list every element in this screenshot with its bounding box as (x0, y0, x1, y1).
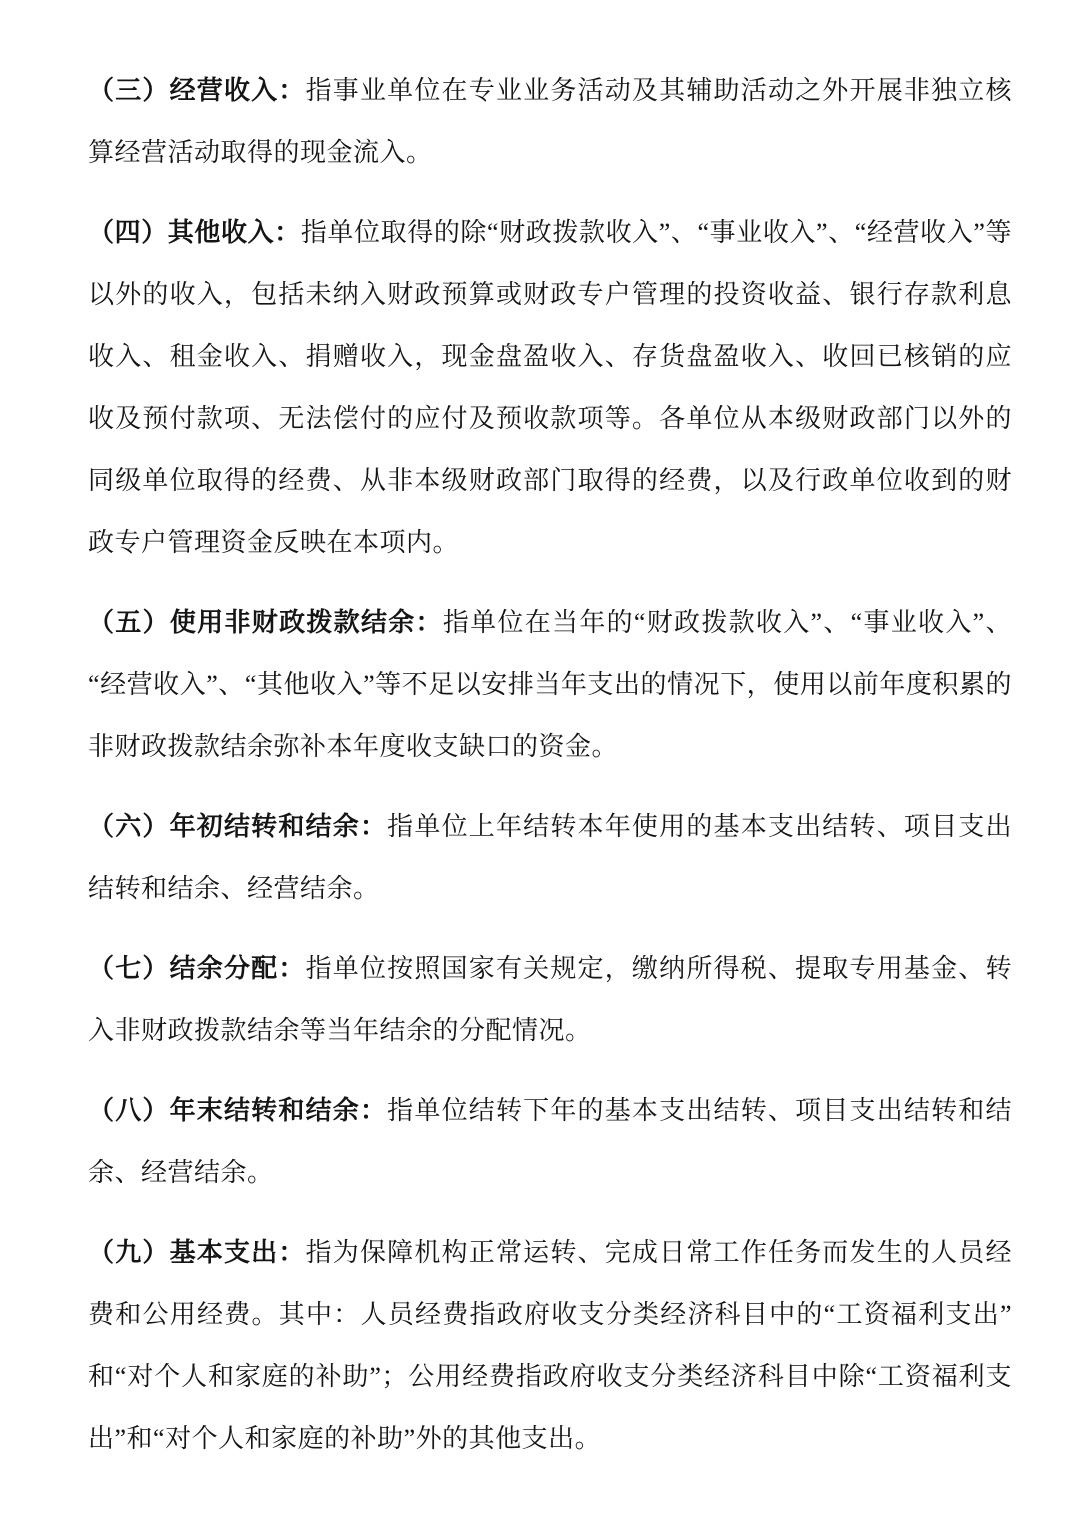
definition-paragraph: （七）结余分配：指单位按照国家有关规定，缴纳所得税、提取专用基金、转入非财政拨款… (88, 938, 1012, 1062)
definition-text: 指为保障机构正常运转、完成日常工作任务而发生的人员经费和公用经费。其中：人员经费… (88, 1238, 1012, 1453)
definition-term: （五）使用非财政拨款结余： (88, 608, 443, 637)
definition-paragraph: （三）经营收入：指事业单位在专业业务活动及其辅助活动之外开展非独立核算经营活动取… (88, 60, 1012, 184)
definition-paragraph: （六）年初结转和结余：指单位上年结转本年使用的基本支出结转、项目支出结转和结余、… (88, 796, 1012, 920)
definition-paragraph: （四）其他收入：指单位取得的除“财政拨款收入”、“事业收入”、“经营收入”等以外… (88, 202, 1012, 574)
definition-term: （六）年初结转和结余： (88, 812, 387, 841)
definition-text: 指单位取得的除“财政拨款收入”、“事业收入”、“经营收入”等以外的收入，包括未纳… (88, 218, 1012, 557)
definition-term: （七）结余分配： (88, 954, 306, 983)
definition-paragraph: （九）基本支出：指为保障机构正常运转、完成日常工作任务而发生的人员经费和公用经费… (88, 1222, 1012, 1470)
definition-term: （四）其他收入： (88, 218, 301, 247)
document-body: （三）经营收入：指事业单位在专业业务活动及其辅助活动之外开展非独立核算经营活动取… (88, 60, 1012, 1470)
definition-paragraph: （五）使用非财政拨款结余：指单位在当年的“财政拨款收入”、“事业收入”、“经营收… (88, 592, 1012, 778)
definition-paragraph: （八）年末结转和结余：指单位结转下年的基本支出结转、项目支出结转和结余、经营结余… (88, 1080, 1012, 1204)
definition-term: （三）经营收入： (88, 76, 306, 105)
definition-term: （九）基本支出： (88, 1238, 306, 1267)
definition-term: （八）年末结转和结余： (88, 1096, 387, 1125)
document-page: （三）经营收入：指事业单位在专业业务活动及其辅助活动之外开展非独立核算经营活动取… (0, 0, 1074, 1520)
